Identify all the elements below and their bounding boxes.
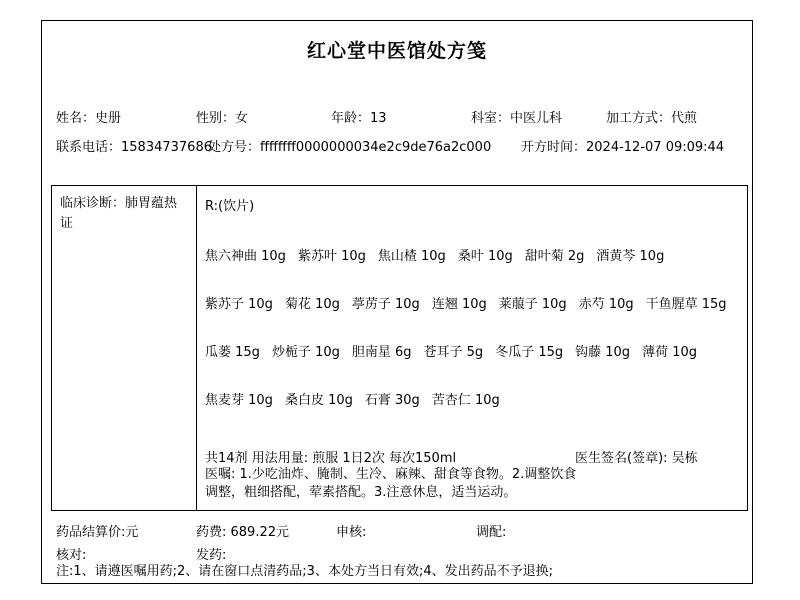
herb-item: 酒黄芩 10g	[596, 245, 664, 264]
department-field: 科室：中医儿科	[471, 107, 562, 126]
herb-line: 焦六神曲 10g紫苏叶 10g焦山楂 10g桑叶 10g甜叶菊 2g酒黄芩 10…	[205, 245, 664, 264]
herb-item: 炒栀子 10g	[272, 341, 340, 360]
usage-instructions: 用法用量: 煎服 1日2次 每次150ml	[252, 451, 456, 466]
processing-method-field: 加工方式：代煎	[606, 107, 697, 126]
herb-item: 焦麦芽 10g	[205, 389, 273, 408]
clinical-diagnosis: 临床诊断：肺胃蕴热证	[52, 186, 197, 510]
page-title: 红心堂中医馆处方笺	[42, 36, 752, 63]
patient-gender-value: 女	[235, 111, 248, 126]
settlement-price-label: 药品结算价:	[56, 525, 125, 540]
issue-time-field: 开方时间：2024-12-07 09:09:44	[521, 136, 724, 155]
contact-info-row: 联系电话：15834737686 处方号：ffffffff0000000034e…	[42, 136, 752, 153]
herb-line: 紫苏子 10g菊花 10g葶苈子 10g连翘 10g莱菔子 10g赤芍 10g干…	[205, 293, 727, 312]
herb-item: 瓜蒌 15g	[205, 341, 260, 360]
patient-gender-label: 性别：	[196, 111, 235, 126]
herb-item: 桑白皮 10g	[285, 389, 353, 408]
herb-item: 紫苏叶 10g	[298, 245, 366, 264]
rx-header: R:(饮片)	[205, 195, 254, 214]
herb-item: 苍耳子 5g	[424, 341, 484, 360]
herb-item: 焦山楂 10g	[378, 245, 446, 264]
patient-gender-field: 性别：女	[196, 107, 248, 126]
total-count: 共14剂	[205, 451, 248, 466]
herb-item: 甜叶菊 2g	[525, 245, 585, 264]
diagnosis-label: 临床诊断：	[60, 196, 125, 211]
processing-method-value: 代煎	[671, 111, 697, 126]
herb-item: 冬瓜子 15g	[495, 341, 563, 360]
herb-item: 薄荷 10g	[642, 341, 697, 360]
patient-info-row: 姓名：史册 性别：女 年龄：13 科室：中医儿科 加工方式：代煎	[42, 107, 752, 124]
patient-name-field: 姓名：史册	[56, 107, 121, 126]
phone-value: 15834737686	[121, 140, 212, 155]
doctor-signature-value: 吴栋	[672, 451, 698, 466]
department-value: 中医儿科	[510, 111, 562, 126]
phone-field: 联系电话：15834737686	[56, 136, 212, 155]
processing-method-label: 加工方式：	[606, 111, 671, 126]
herb-item: 钩藤 10g	[575, 341, 630, 360]
phone-label: 联系电话：	[56, 140, 121, 155]
patient-age-value: 13	[370, 111, 387, 126]
dispense-prepare-label: 调配:	[476, 525, 506, 540]
prescription-number-value: ffffffff0000000034e2c9de76a2c000	[260, 140, 491, 155]
issue-time-value: 2024-12-07 09:09:44	[586, 140, 724, 155]
issue-time-label: 开方时间：	[521, 140, 586, 155]
patient-age-field: 年龄：13	[331, 107, 387, 126]
herb-item: 莱菔子 10g	[499, 293, 567, 312]
herb-item: 连翘 10g	[432, 293, 487, 312]
prescription-page: 红心堂中医馆处方笺 姓名：史册 性别：女 年龄：13 科室：中医儿科 加工方式：…	[41, 20, 753, 584]
medicine-fee-field: 药费: 689.22元	[196, 521, 289, 540]
prescription-box: 临床诊断：肺胃蕴热证 R:(饮片) 焦六神曲 10g紫苏叶 10g焦山楂 10g…	[51, 185, 748, 511]
herb-item: 葶苈子 10g	[352, 293, 420, 312]
settlement-price-field: 药品结算价:元	[56, 521, 138, 540]
medicine-fee-value: 689.22元	[231, 525, 290, 540]
herb-item: 焦六神曲 10g	[205, 245, 286, 264]
herb-item: 紫苏子 10g	[205, 293, 273, 312]
herb-item: 赤芍 10g	[579, 293, 634, 312]
herb-item: 苦杏仁 10g	[432, 389, 500, 408]
herb-line: 焦麦芽 10g桑白皮 10g石膏 30g苦杏仁 10g	[205, 389, 500, 408]
herb-item: 菊花 10g	[285, 293, 340, 312]
dosage-row: 共14剂 用法用量: 煎服 1日2次 每次150ml 医生签名(签章): 吴栋	[205, 447, 745, 466]
prescription-number-label: 处方号：	[208, 140, 260, 155]
footer-note: 注:1、请遵医嘱用药;2、请在窗口点清药品;3、本处方当日有效;4、发出药品不予…	[56, 560, 553, 579]
medical-advice: 医嘱: 1.少吃油炸、腌制、生冷、麻辣、甜食等食物。2.调整饮食调整，粗细搭配，…	[205, 466, 579, 502]
doctor-signature: 医生签名(签章): 吴栋	[575, 447, 698, 466]
medicine-fee-label: 药费:	[196, 525, 231, 540]
herb-item: 干鱼腥草 15g	[646, 293, 727, 312]
herb-line: 瓜蒌 15g炒栀子 10g胆南星 6g苍耳子 5g冬瓜子 15g钩藤 10g薄荷…	[205, 341, 697, 360]
patient-age-label: 年龄：	[331, 111, 370, 126]
herb-item: 胆南星 6g	[352, 341, 412, 360]
review-field: 申核:	[336, 521, 366, 540]
patient-name-label: 姓名：	[56, 111, 95, 126]
review-label: 申核:	[336, 525, 366, 540]
footer-row-prices: 药品结算价:元 药费: 689.22元 申核: 调配:	[42, 521, 752, 538]
herb-item: 桑叶 10g	[458, 245, 513, 264]
footer-row-checks: 核对: 发药:	[42, 544, 752, 561]
department-label: 科室：	[471, 111, 510, 126]
prescription-number-field: 处方号：ffffffff0000000034e2c9de76a2c000	[208, 136, 491, 155]
dispense-prepare-field: 调配:	[476, 521, 506, 540]
herb-item: 石膏 30g	[365, 389, 420, 408]
screen: 红心堂中医馆处方笺 姓名：史册 性别：女 年龄：13 科室：中医儿科 加工方式：…	[0, 0, 800, 600]
settlement-price-value: 元	[125, 525, 138, 540]
doctor-signature-label: 医生签名(签章):	[575, 451, 672, 466]
patient-name-value: 史册	[95, 111, 121, 126]
